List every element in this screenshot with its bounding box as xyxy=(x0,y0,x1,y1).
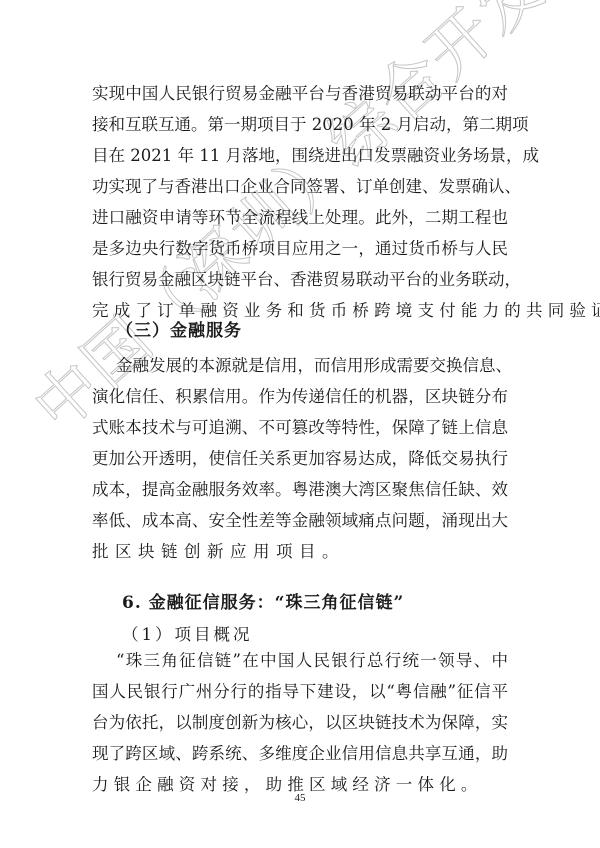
paragraph-line: 批区块链创新应用项目。 xyxy=(92,542,512,562)
paragraph-line: 进口融资申请等环节全流程线上处理。此外，二期工程也 xyxy=(92,208,508,228)
item-heading: 6. 金融征信服务：“珠三角征信链” xyxy=(122,588,404,613)
paragraph-line: 功实现了与香港出口企业合同签署、订单创建、发票确认、 xyxy=(92,177,508,197)
paragraph-line: 金融发展的本源就是信用，而信用形成需要交换信息、 xyxy=(116,356,508,376)
sub-heading: （1）项目概况 xyxy=(122,621,253,645)
paragraph-line: 成本，提高金融服务效率。粤港澳大湾区聚焦信任缺、效 xyxy=(92,480,508,500)
paragraph-line: 率低、成本高、安全性差等金融领域痛点问题，涌现出大 xyxy=(92,511,508,531)
paragraph-line: 更加公开透明，使信任关系更加容易达成，降低交易执行 xyxy=(92,449,508,469)
page-number: 45 xyxy=(0,792,600,804)
paragraph-line: 国人民银行广州分行的指导下建设，以“粤信融”征信平 xyxy=(92,682,508,702)
section-heading: （三）金融服务 xyxy=(116,316,242,341)
paragraph-line: “珠三角征信链”在中国人民银行总行统一领导、中 xyxy=(116,651,508,671)
paragraph-line: 银行贸易金融区块链平台、香港贸易联动平台的业务联动， xyxy=(92,270,508,290)
paragraph-line: 实现中国人民银行贸易金融平台与香港贸易联动平台的对 xyxy=(92,84,508,104)
paragraph-line: 演化信任、积累信用。作为传递信任的机器，区块链分布 xyxy=(92,387,508,407)
paragraph-line: 接和互联互通。第一期项目于 2020 年 2 月启动，第二期项 xyxy=(92,115,508,135)
paragraph-line: 目在 2021 年 11 月落地，围绕进出口发票融资业务场景，成 xyxy=(92,146,508,166)
paragraph-line: 台为依托，以制度创新为核心，以区块链技术为保障，实 xyxy=(92,713,508,733)
paragraph-line: 现了跨区域、跨系统、多维度企业信用信息共享互通，助 xyxy=(92,744,508,764)
document-page: 中国（深圳）综合开发研究院 实现中国人民银行贸易金融平台与香港贸易联动平台的对 … xyxy=(0,0,600,848)
paragraph-line: 式账本技术与可追溯、不可篡改等特性，保障了链上信息 xyxy=(92,418,508,438)
paragraph-line: 是多边央行数字货币桥项目应用之一，通过货币桥与人民 xyxy=(92,239,508,259)
